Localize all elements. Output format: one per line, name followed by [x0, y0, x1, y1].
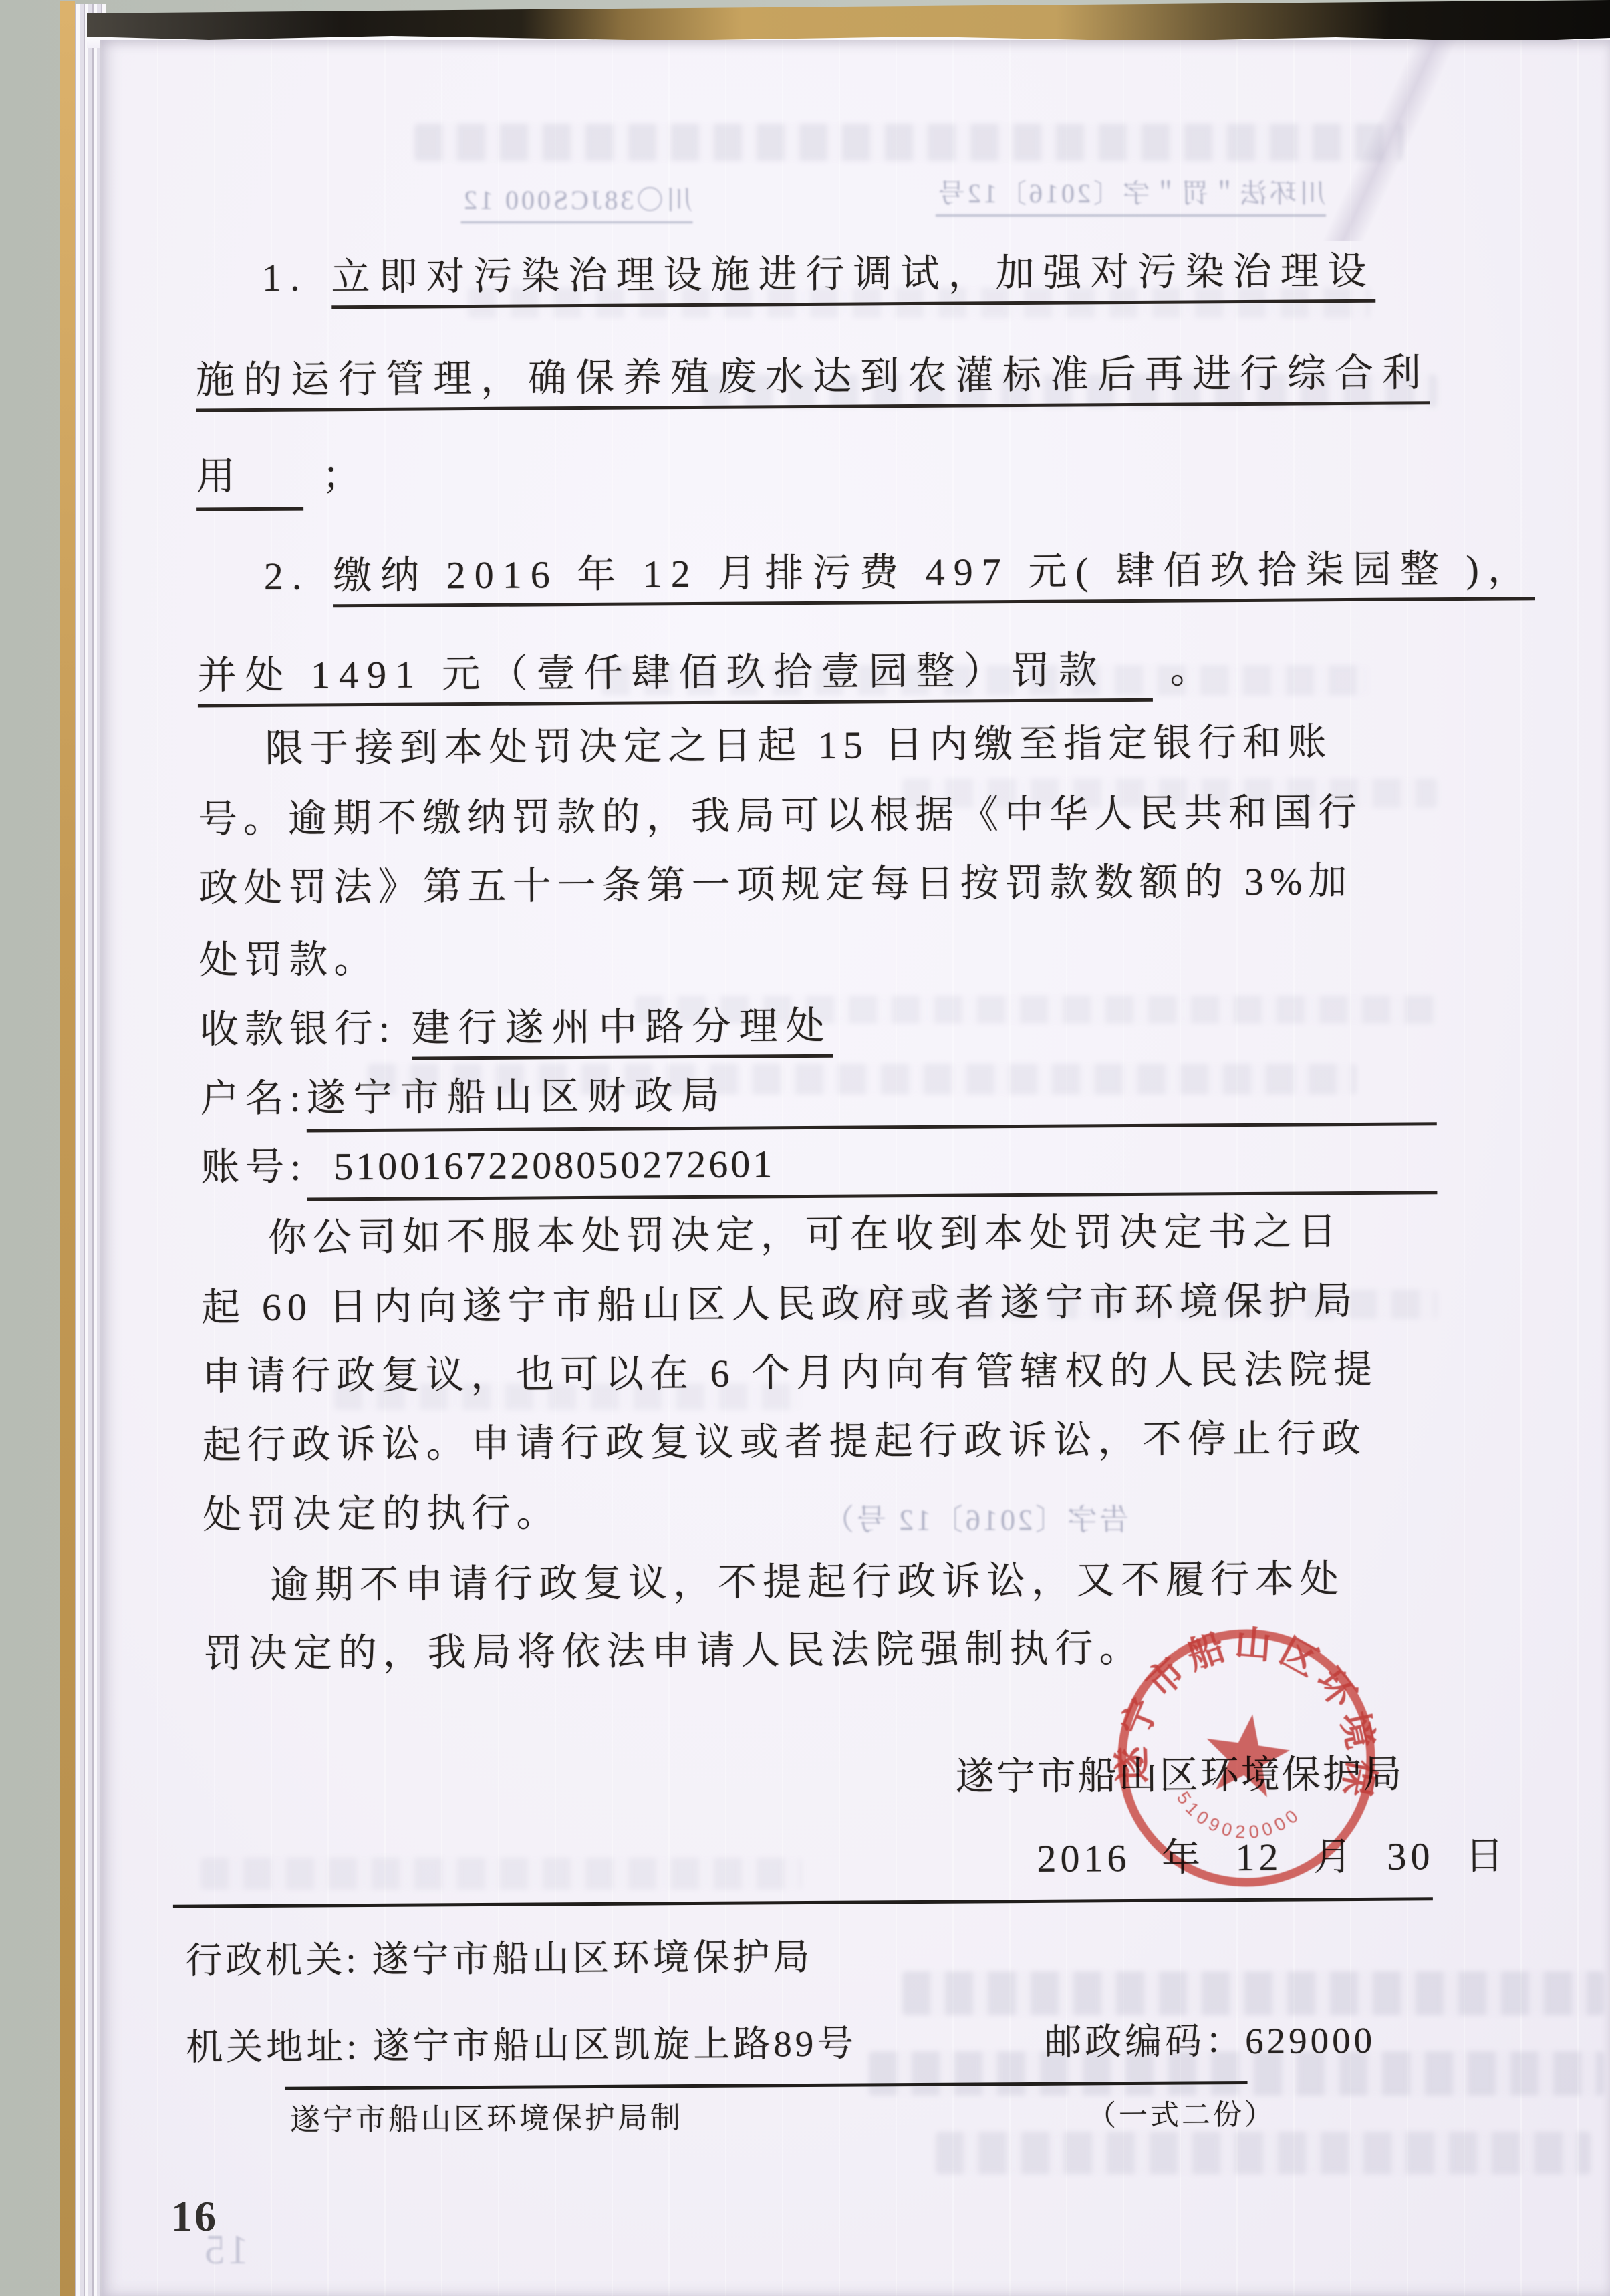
appeal-line2: 起 60 日内向遂宁市船山区人民政府或者遂宁市环境保护局: [201, 1276, 1438, 1332]
account-name-line: 户名: 遂宁市船山区财政局: [200, 1067, 1436, 1133]
postal-code-label: 邮政编码：: [1045, 2021, 1245, 2063]
footer-divider-top: [173, 1897, 1433, 1908]
bank-value: 建行遂州中路分理处: [411, 1004, 832, 1060]
payment-line2: 号。逾期不缴纳罚款的，我局可以根据《中华人民共和国行: [198, 788, 1435, 843]
svg-text:遂宁市船山区环境保护局: 遂宁市船山区环境保护局: [1111, 1622, 1382, 1820]
payment-line4: 处罚款。: [199, 929, 1436, 984]
document-body: 1.立即对污染治理设施进行调试，加强对污染治理设 施的运行管理，确保养殖废水达到…: [0, 0, 1610, 2296]
account-number-line: 账号: 51001672208050272601: [200, 1136, 1437, 1201]
official-seal: 遂宁市船山区环境保护局 5109020000323: [1111, 1622, 1382, 1894]
account-number-value: 51001672208050272601: [307, 1136, 1437, 1201]
org-address-value: 遂宁市船山区凯旋上路89号: [372, 2023, 857, 2067]
item1-number: 1.: [262, 256, 309, 299]
admin-org-line: 行政机关: 遂宁市船山区环境保护局: [185, 1929, 1422, 1985]
appeal-line4: 起行政诉讼。申请行政复议或者提起行政诉讼，不停止行政: [202, 1414, 1438, 1469]
bank-label: 收款银行:: [200, 1007, 412, 1052]
seal-star-icon: [1200, 1709, 1294, 1800]
account-name-label: 户名:: [200, 1074, 307, 1133]
seal-org-text: 遂宁市船山区环境保护局: [1111, 1622, 1382, 1820]
enforcement-line1: 逾期不申请行政复议，不提起行政诉讼，又不履行本处: [203, 1554, 1506, 1610]
admin-org-label: 行政机关:: [185, 1939, 372, 1981]
item1-line2: 施的运行管理，确保养殖废水达到农灌标准后再进行综合利: [196, 349, 1432, 404]
postal-code-value: 629000: [1245, 2020, 1375, 2061]
account-name-value: 遂宁市船山区财政局: [306, 1067, 1436, 1132]
postal-code-line: 邮政编码：629000: [1045, 2016, 1472, 2067]
copies-note: （一式二份）: [1075, 2092, 1276, 2141]
item2-line2: 并处 1491 元（壹仟肆佰玖拾壹园整）罚款。: [197, 644, 1434, 700]
footer-divider-bottom: [285, 2081, 1248, 2090]
payment-line3: 政处罚法》第五十一条第一项规定每日按罚款数额的 3%加: [198, 857, 1435, 912]
appeal-line5: 处罚决定的执行。: [203, 1483, 1439, 1539]
item1-line3: 用；: [196, 445, 1433, 511]
item2-number: 2.: [264, 555, 311, 598]
item1-line1-text: 立即对污染治理设施进行调试，加强对污染治理设: [331, 249, 1375, 309]
appeal-line3: 申请行政复议，也可以在 6 个月内向有管辖权的人民法院提: [202, 1345, 1438, 1401]
org-address-label: 机关地址:: [186, 2026, 372, 2068]
payment-line1: 限于接到本处罚决定之日起 15 日内缴至指定银行和账: [198, 718, 1501, 774]
issuing-org-note: 遂宁市船山区环境保护局制: [290, 2088, 1526, 2144]
item2-line1: 2.缴纳 2016 年 12 月排污费 497 元( 肆佰玖拾柒园整 )，: [197, 545, 1500, 601]
admin-org-value: 遂宁市船山区环境保护局: [372, 1936, 813, 1980]
appeal-line1: 你公司如不服本处罚决定，可在收到本处罚决定书之日: [201, 1207, 1504, 1263]
page-number: 16: [171, 2192, 218, 2241]
item2-line1-text: 缴纳 2016 年 12 月排污费 497 元( 肆佰玖拾柒园整 )，: [333, 547, 1535, 607]
item1-line1: 1.立即对污染治理设施进行调试，加强对污染治理设: [195, 247, 1498, 303]
bank-line: 收款银行: 建行遂州中路分理处: [200, 998, 1436, 1054]
account-number-label: 账号:: [200, 1143, 307, 1202]
